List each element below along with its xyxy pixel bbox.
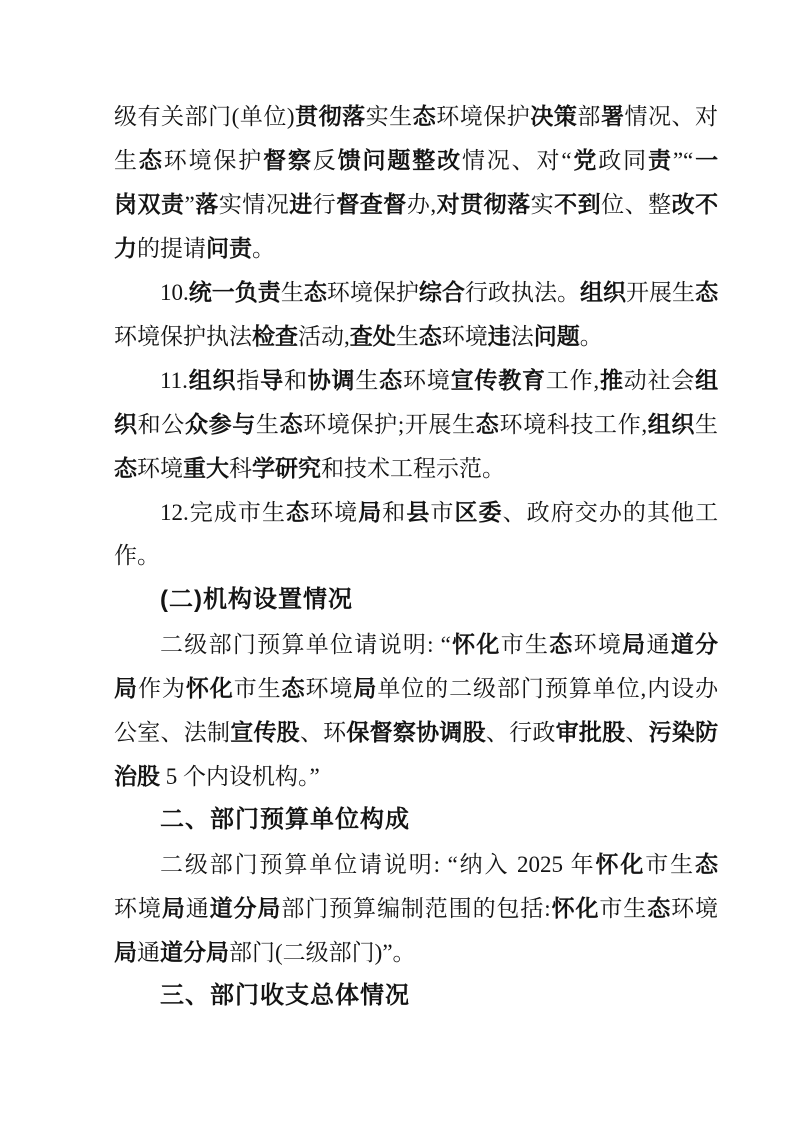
regular-text-segment: 部 (577, 104, 601, 129)
bold-text-segment: 责 (648, 147, 673, 173)
text-line: 力的提请问责。 (114, 226, 718, 270)
regular-text-segment: 和公 (138, 412, 185, 437)
bold-text-segment: 态 (282, 675, 306, 701)
bold-text-segment: 态 (476, 411, 500, 437)
regular-text-segment: 生 (256, 412, 280, 437)
bold-text-segment: 问责 (206, 235, 252, 261)
text-line: 作。 (114, 534, 718, 578)
bold-text-segment: 局 (353, 675, 377, 701)
regular-text-segment: 生 (355, 368, 379, 393)
bold-text-segment: 态 (695, 851, 718, 877)
bold-text-segment: 道分局 (160, 939, 229, 965)
regular-text-segment: 行政执法。 (465, 280, 580, 305)
bold-text-segment: 组织 (188, 367, 236, 393)
regular-text-segment: 市 (430, 500, 454, 525)
text-line: 态环境重大科学研究和技术工程示范。 (114, 446, 718, 490)
regular-text-segment: ”“ (673, 148, 693, 173)
text-line: 10.统一负责生态环境保护综合行政执法。组织开展生态 (114, 270, 718, 314)
text-line: 环境保护执法检查活动,查处生态环境违法问题。 (114, 314, 718, 358)
bold-text-segment: 怀化 (551, 895, 600, 921)
bold-text-segment: 态 (695, 279, 718, 305)
regular-text-segment: 实情况 (219, 192, 290, 217)
bold-text-segment: 织 (114, 411, 138, 437)
regular-text-segment: 、政府交办的其他工 (503, 500, 718, 525)
bold-text-segment: 岗双责 (114, 191, 185, 217)
regular-text-segment: 部门预算编制范围的包括: (281, 896, 550, 921)
bold-text-segment: 贯彻落 (295, 103, 366, 129)
regular-text-segment: 生 (281, 280, 304, 305)
regular-text-segment: 环境保护执法 (114, 324, 252, 349)
bold-text-segment: 怀化 (186, 675, 234, 701)
bold-text-segment: 检查 (252, 323, 298, 349)
bold-text-segment: 保督察协调股 (346, 719, 485, 745)
regular-text-segment: 市生 (234, 676, 282, 701)
regular-text-segment: 反 (313, 148, 338, 173)
regular-text-segment: 工作, (546, 368, 599, 393)
regular-text-segment: 办, (407, 192, 436, 217)
text-line: 二级部门预算单位请说明: “怀化市生态环境局通道分 (114, 622, 718, 666)
bold-text-segment: 学研究 (252, 455, 321, 481)
section-heading: (二)机构设置情况 (114, 578, 718, 622)
bold-text-segment: 治股 (114, 763, 160, 789)
regular-text-segment: 环境 (671, 896, 718, 921)
bold-text-segment: 进 (289, 191, 313, 217)
bold-text-segment: 综合 (419, 279, 465, 305)
bold-text-segment: 局 (114, 675, 138, 701)
bold-text-segment: 推 (599, 367, 624, 393)
regular-text-segment: 部门(二级部门)”。 (229, 940, 416, 965)
regular-text-segment: 情况、对“ (462, 148, 572, 173)
bold-text-segment: 态 (280, 411, 304, 437)
regular-text-segment: 5 个内设机构。” (160, 764, 320, 789)
bold-text-segment: 组织 (647, 411, 695, 437)
bold-text-segment: 局 (622, 631, 646, 657)
bold-text-segment: 三、部门收支总体情况 (160, 982, 410, 1009)
bold-text-segment: 态 (286, 499, 310, 525)
regular-text-segment: 生 (695, 412, 718, 437)
regular-text-segment: 和 (382, 500, 406, 525)
regular-text-segment: 公室、法制 (114, 720, 230, 745)
regular-text-segment: 实生 (366, 104, 413, 129)
bold-text-segment: 宣传教育 (451, 367, 546, 393)
bold-text-segment: 重大 (183, 455, 229, 481)
bold-text-segment: 审批股 (556, 719, 626, 745)
text-line: 局通道分局部门(二级部门)”。 (114, 930, 718, 974)
bold-text-segment: 怀化 (451, 631, 501, 657)
regular-text-segment: 环境 (137, 456, 183, 481)
regular-text-segment: 环境科技工作, (499, 412, 647, 437)
bold-text-segment: 态 (413, 103, 437, 129)
bold-text-segment: 县 (406, 499, 430, 525)
regular-text-segment: 开展生 (626, 280, 695, 305)
text-line: 环境局通道分局部门预算编制范围的包括:怀化市生态环境 (114, 886, 718, 930)
bold-text-segment: 问题 (534, 323, 580, 349)
bold-text-segment: 落 (195, 191, 219, 217)
regular-text-segment: 。 (580, 324, 603, 349)
text-line: 12.完成市生态环境局和县市区委、政府交办的其他工 (114, 490, 718, 534)
bold-text-segment: 态 (114, 455, 137, 481)
bold-text-segment: 违 (488, 323, 511, 349)
regular-text-segment: 环境保护 (164, 148, 263, 173)
bold-text-segment: 宣传股 (230, 719, 300, 745)
bold-text-segment: 态 (304, 279, 327, 305)
bold-text-segment: 署 (601, 103, 625, 129)
regular-text-segment: 市生 (599, 896, 647, 921)
regular-text-segment: 作为 (138, 676, 186, 701)
text-line: 局作为怀化市生态环境局单位的二级部门预算单位,内设办 (114, 666, 718, 710)
regular-text-segment: 、行政 (486, 720, 556, 745)
regular-text-segment: 实 (531, 192, 555, 217)
regular-text-segment: ” (185, 192, 195, 217)
bold-text-segment: 区委 (454, 499, 502, 525)
bold-text-segment: 道分 (671, 631, 718, 657)
regular-text-segment: 环境 (310, 500, 358, 525)
bold-text-segment: 馈问题整改 (338, 147, 462, 173)
bold-text-segment: 协调 (308, 367, 356, 393)
bold-text-segment: 二、部门预算单位构成 (160, 806, 410, 833)
regular-text-segment: 、 (625, 720, 648, 745)
regular-text-segment: 12.完成市生 (160, 500, 286, 525)
bold-text-segment: 导 (260, 367, 284, 393)
regular-text-segment: 环境保护;开展生 (303, 412, 476, 437)
regular-text-segment: 二级部门预算单位请说明: “纳入 2025 年 (160, 852, 596, 877)
regular-text-segment: 生 (114, 148, 139, 173)
regular-text-segment: 行 (313, 192, 337, 217)
regular-text-segment: 。 (252, 236, 275, 261)
text-line: 级有关部门(单位)贯彻落实生态环境保护决策部署情况、对 (114, 94, 718, 138)
regular-text-segment: 环境 (574, 632, 623, 657)
regular-text-segment: 环境保护 (327, 280, 419, 305)
regular-text-segment: 市生 (645, 852, 695, 877)
regular-text-segment: 环境 (306, 676, 354, 701)
bold-text-segment: 态 (549, 631, 573, 657)
section-heading: 二、部门预算单位构成 (114, 798, 718, 842)
bold-text-segment: 态 (647, 895, 671, 921)
regular-text-segment: 通 (646, 632, 670, 657)
regular-text-segment: 环境 (403, 368, 451, 393)
regular-text-segment: 位、整 (601, 192, 672, 217)
regular-text-segment: 生 (396, 324, 419, 349)
regular-text-segment: 、环 (300, 720, 346, 745)
regular-text-segment: 通 (186, 896, 210, 921)
regular-text-segment: 活动, (298, 324, 350, 349)
bold-text-segment: 局 (162, 895, 186, 921)
regular-text-segment: 市生 (501, 632, 550, 657)
regular-text-segment: 情况、对 (624, 104, 718, 129)
regular-text-segment: 指 (236, 368, 260, 393)
regular-text-segment: 环境保护 (436, 104, 530, 129)
bold-text-segment: (二)机构设置情况 (160, 586, 353, 613)
bold-text-segment: 态 (379, 367, 403, 393)
bold-text-segment: 督查督 (336, 191, 407, 217)
regular-text-segment: 和技术工程示范。 (321, 456, 505, 481)
regular-text-segment: 级有关部门(单位) (114, 104, 295, 129)
regular-text-segment: 11. (160, 368, 188, 393)
bold-text-segment: 统一负责 (189, 279, 281, 305)
bold-text-segment: 组织 (580, 279, 626, 305)
regular-text-segment: 动社会 (624, 368, 695, 393)
bold-text-segment: 决策 (530, 103, 577, 129)
document-page: 级有关部门(单位)贯彻落实生态环境保护决策部署情况、对生态环境保护督察反馈问题整… (0, 0, 793, 1122)
regular-text-segment: 和 (284, 368, 308, 393)
bold-text-segment: 态 (139, 147, 164, 173)
regular-text-segment: 政同 (598, 148, 648, 173)
bold-text-segment: 局 (114, 939, 137, 965)
regular-text-segment: 的提请 (137, 236, 206, 261)
bold-text-segment: 一 (693, 147, 718, 173)
document-body: 级有关部门(单位)贯彻落实生态环境保护决策部署情况、对生态环境保护督察反馈问题整… (114, 94, 718, 1018)
regular-text-segment: 作。 (114, 543, 160, 568)
bold-text-segment: 力 (114, 235, 137, 261)
regular-text-segment: 10. (160, 280, 189, 305)
regular-text-segment: 环境 (442, 324, 488, 349)
regular-text-segment: 法 (511, 324, 534, 349)
text-line: 织和公众参与生态环境保护;开展生态环境科技工作,组织生 (114, 402, 718, 446)
bold-text-segment: 查处 (350, 323, 396, 349)
regular-text-segment: 科 (229, 456, 252, 481)
text-line: 公室、法制宣传股、环保督察协调股、行政审批股、污染防 (114, 710, 718, 754)
bold-text-segment: 态 (419, 323, 442, 349)
text-line: 治股 5 个内设机构。” (114, 754, 718, 798)
bold-text-segment: 众参与 (185, 411, 256, 437)
bold-text-segment: 不到 (554, 191, 601, 217)
bold-text-segment: 党 (572, 147, 599, 173)
bold-text-segment: 局 (358, 499, 382, 525)
bold-text-segment: 怀化 (596, 851, 646, 877)
regular-text-segment: 单位的二级部门预算单位,内设办 (377, 676, 718, 701)
bold-text-segment: 道分局 (210, 895, 282, 921)
regular-text-segment: 通 (137, 940, 160, 965)
text-line: 11.组织指导和协调生态环境宣传教育工作,推动社会组 (114, 358, 718, 402)
text-line: 生态环境保护督察反馈问题整改情况、对“党政同责”“一 (114, 138, 718, 182)
text-line: 二级部门预算单位请说明: “纳入 2025 年怀化市生态 (114, 842, 718, 886)
bold-text-segment: 对贯彻落 (436, 191, 531, 217)
section-heading: 三、部门收支总体情况 (114, 974, 718, 1018)
bold-text-segment: 督察 (263, 147, 313, 173)
text-line: 岗双责”落实情况进行督查督办,对贯彻落实不到位、整改不 (114, 182, 718, 226)
regular-text-segment: 环境 (114, 896, 162, 921)
bold-text-segment: 改不 (672, 191, 718, 217)
regular-text-segment: 二级部门预算单位请说明: “ (160, 632, 451, 657)
bold-text-segment: 组 (695, 367, 718, 393)
bold-text-segment: 污染防 (649, 719, 718, 745)
